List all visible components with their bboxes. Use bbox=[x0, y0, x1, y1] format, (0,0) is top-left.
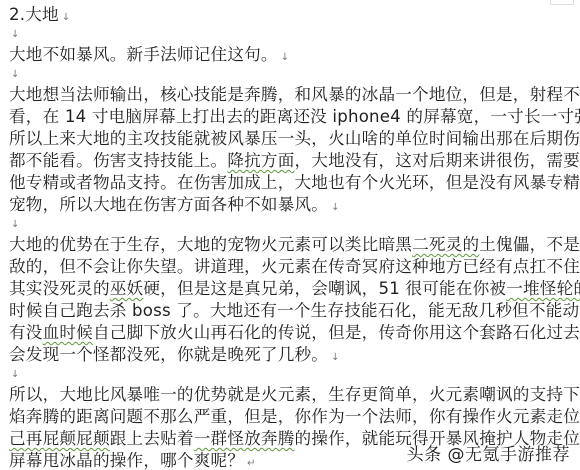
text-span: 血时候 bbox=[43, 323, 93, 342]
intro-line: 大地不如暴风。新手法师记住这句。↓ bbox=[9, 44, 574, 66]
text-span: 硬，但是这是真兄弟，会嘲讽，51 很可能在你被 bbox=[143, 279, 506, 298]
text-span: 一堆怪轮的 bbox=[506, 279, 580, 298]
text-line: 大地想当法师输出，核心技能是奔腾，和风暴的冰晶一个地位，但是，射程不能 bbox=[9, 84, 574, 106]
text-span: ，大地没有，这对后期来讲很伤，需要其 bbox=[295, 151, 580, 170]
text-line: 时候自己跑去杀 boss 了。大地还有一个生存技能石化，能无敌几秒但不能动， bbox=[9, 300, 574, 322]
paragraph-mark-icon: ↓ bbox=[331, 202, 340, 213]
text-span: 自己脚下放火山再石化的传说，但是，传奇你用这个套路石化过去你 bbox=[93, 323, 580, 342]
document-body[interactable]: 2.大地↓ ↓ 大地不如暴风。新手法师记住这句。↓ ↓ 大地想当法师输出，核心技… bbox=[9, 4, 574, 470]
text-span: 会发现一个怪都没死，你就是晚死了几秒。 bbox=[9, 345, 328, 364]
text-line: 焰奔腾的距离问题不那么严重，但是，你作为一个法师，你有操作火元素走位自 bbox=[9, 406, 574, 428]
text-span: 都不能看。伤害支持技能上。 bbox=[9, 151, 227, 170]
text-span: 有没 bbox=[9, 323, 43, 342]
paragraph-mark: ↓ bbox=[9, 26, 574, 44]
text-span: 其实没死灵的 bbox=[9, 279, 110, 298]
text-line: 其实没死灵的巫妖硬，但是这是真兄弟，会嘲讽，51 很可能在你被一堆怪轮的 bbox=[9, 278, 574, 300]
text-line: 会发现一个怪都没死，你就是晚死了几秒。↓ bbox=[9, 344, 574, 366]
text-span: 大地的优势在于生存，大地的宠物火元素可以类比暗黑 bbox=[9, 235, 412, 254]
text-span: 己再屁颠屁颠 bbox=[9, 429, 110, 448]
text-span: 2.大地 bbox=[9, 5, 59, 24]
text-span: 二死灵的 bbox=[412, 235, 479, 254]
section-heading: 2.大地↓ bbox=[9, 4, 574, 26]
text-line: 有没血时候自己脚下放火山再石化的传说，但是，传奇你用这个套路石化过去你 bbox=[9, 322, 574, 344]
paragraph-damage: 大地想当法师输出，核心技能是奔腾，和风暴的冰晶一个地位，但是，射程不能 看，在 … bbox=[9, 84, 574, 216]
paragraph-mark-icon: ↓ bbox=[281, 52, 290, 63]
text-line: 所以，大地比风暴唯一的优势就是火元素，生存更简单，火元素嘲讽的支持下火 bbox=[9, 384, 574, 406]
paragraph-mark: ↓ bbox=[9, 366, 574, 384]
text-line: 所以上来大地的主攻技能就被风暴压一头，火山啥的单位时间输出那在后期伤害 bbox=[9, 128, 574, 150]
text-span: 一群怪放奔腾 bbox=[194, 429, 295, 448]
paragraph-mark-icon: ↵ bbox=[247, 458, 256, 469]
text-span: 土傀儡，不是无 bbox=[479, 235, 580, 254]
paragraph-mark-icon: ↓ bbox=[331, 352, 340, 363]
paragraph-mark: ↓ bbox=[9, 216, 574, 234]
text-span: 巫妖 bbox=[110, 279, 144, 298]
paragraph-mark-icon: ↓ bbox=[62, 12, 71, 23]
text-span: 跟上去贴着 bbox=[110, 429, 194, 448]
text-line: 看，在 14 寸电脑屏幕上打出去的距离还没 iphone4 的屏幕宽，一寸长一寸… bbox=[9, 106, 574, 128]
text-span: 屏幕甩冰晶的操作，哪个爽呢？ bbox=[9, 451, 244, 470]
text-line: 他专精或者物品支持。在伤害加成上，大地也有个火光环，但是没有风暴专精的 bbox=[9, 172, 574, 194]
text-line: 大地的优势在于生存，大地的宠物火元素可以类比暗黑二死灵的土傀儡，不是无 bbox=[9, 234, 574, 256]
paragraph-survival: 大地的优势在于生存，大地的宠物火元素可以类比暗黑二死灵的土傀儡，不是无 敌的，但… bbox=[9, 234, 574, 366]
paragraph-mark: ↓ bbox=[9, 66, 574, 84]
text-span: 宠物，所以大地在伤害方面各种不如暴风。 bbox=[9, 195, 328, 214]
grammar-underline: 降抗方面 bbox=[227, 151, 294, 170]
text-span: 大地不如暴风。新手法师记住这句。 bbox=[9, 45, 278, 64]
text-span: 所以上来大地的主攻技能就被风暴压一头，火山啥的单位时间输出那在后期伤害 bbox=[9, 129, 580, 148]
text-line: 都不能看。伤害支持技能上。降抗方面，大地没有，这对后期来讲很伤，需要其 bbox=[9, 150, 574, 172]
text-line: 敌的，但不会让你失望。讲道理，火元素在传奇冥府这种地方已经有点扛不住了， bbox=[9, 256, 574, 278]
text-span: 焰奔腾的距离问题不那么严重，但是，你作为一个法师，你有操作火元素走位 bbox=[9, 407, 580, 426]
text-line: 宠物，所以大地在伤害方面各种不如暴风。↓ bbox=[9, 194, 574, 216]
watermark: 头条 @无氪手游推荐 bbox=[407, 440, 570, 465]
